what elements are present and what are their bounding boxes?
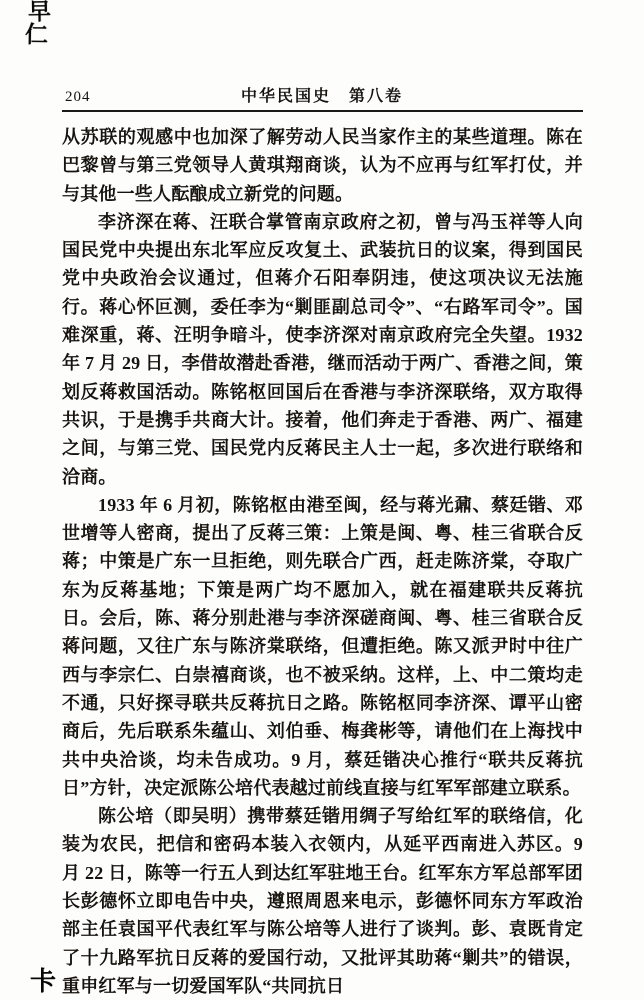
running-title: 中华民国史 第八卷 [62, 87, 582, 107]
scan-artifact-bottom: 卡 [30, 969, 56, 995]
body-paragraph-2: 李济深在蒋、汪联合掌管南京政府之初，曾与冯玉祥等人向国民党中央提出东北军应反攻复… [62, 208, 583, 491]
book-page: 早 仁 204 中华民国史 第八卷 从苏联的观感中也加深了解劳动人民当家作主的某… [0, 0, 644, 1000]
body-text: 从苏联的观感中也加深了解劳动人民当家作主的某些道理。陈在巴黎曾与第三党领导人黄琪… [62, 123, 583, 1000]
scan-artifact-top-1: 早 [28, 0, 51, 23]
body-paragraph-1: 从苏联的观感中也加深了解劳动人民当家作主的某些道理。陈在巴黎曾与第三党领导人黄琪… [62, 123, 583, 208]
header-rule [62, 110, 583, 112]
body-paragraph-3: 1933 年 6 月初，陈铭枢由港至闽，经与蒋光鼐、蔡廷锴、邓世增等人密商，提出… [62, 491, 583, 802]
page-header: 204 中华民国史 第八卷 [62, 87, 582, 107]
scan-artifact-top-2: 仁 [25, 23, 48, 46]
body-paragraph-4: 陈公培（即吴明）携带蔡廷锴用绸子写给红军的联络信，化装为农民，把信和密码本装入衣… [62, 802, 583, 1000]
